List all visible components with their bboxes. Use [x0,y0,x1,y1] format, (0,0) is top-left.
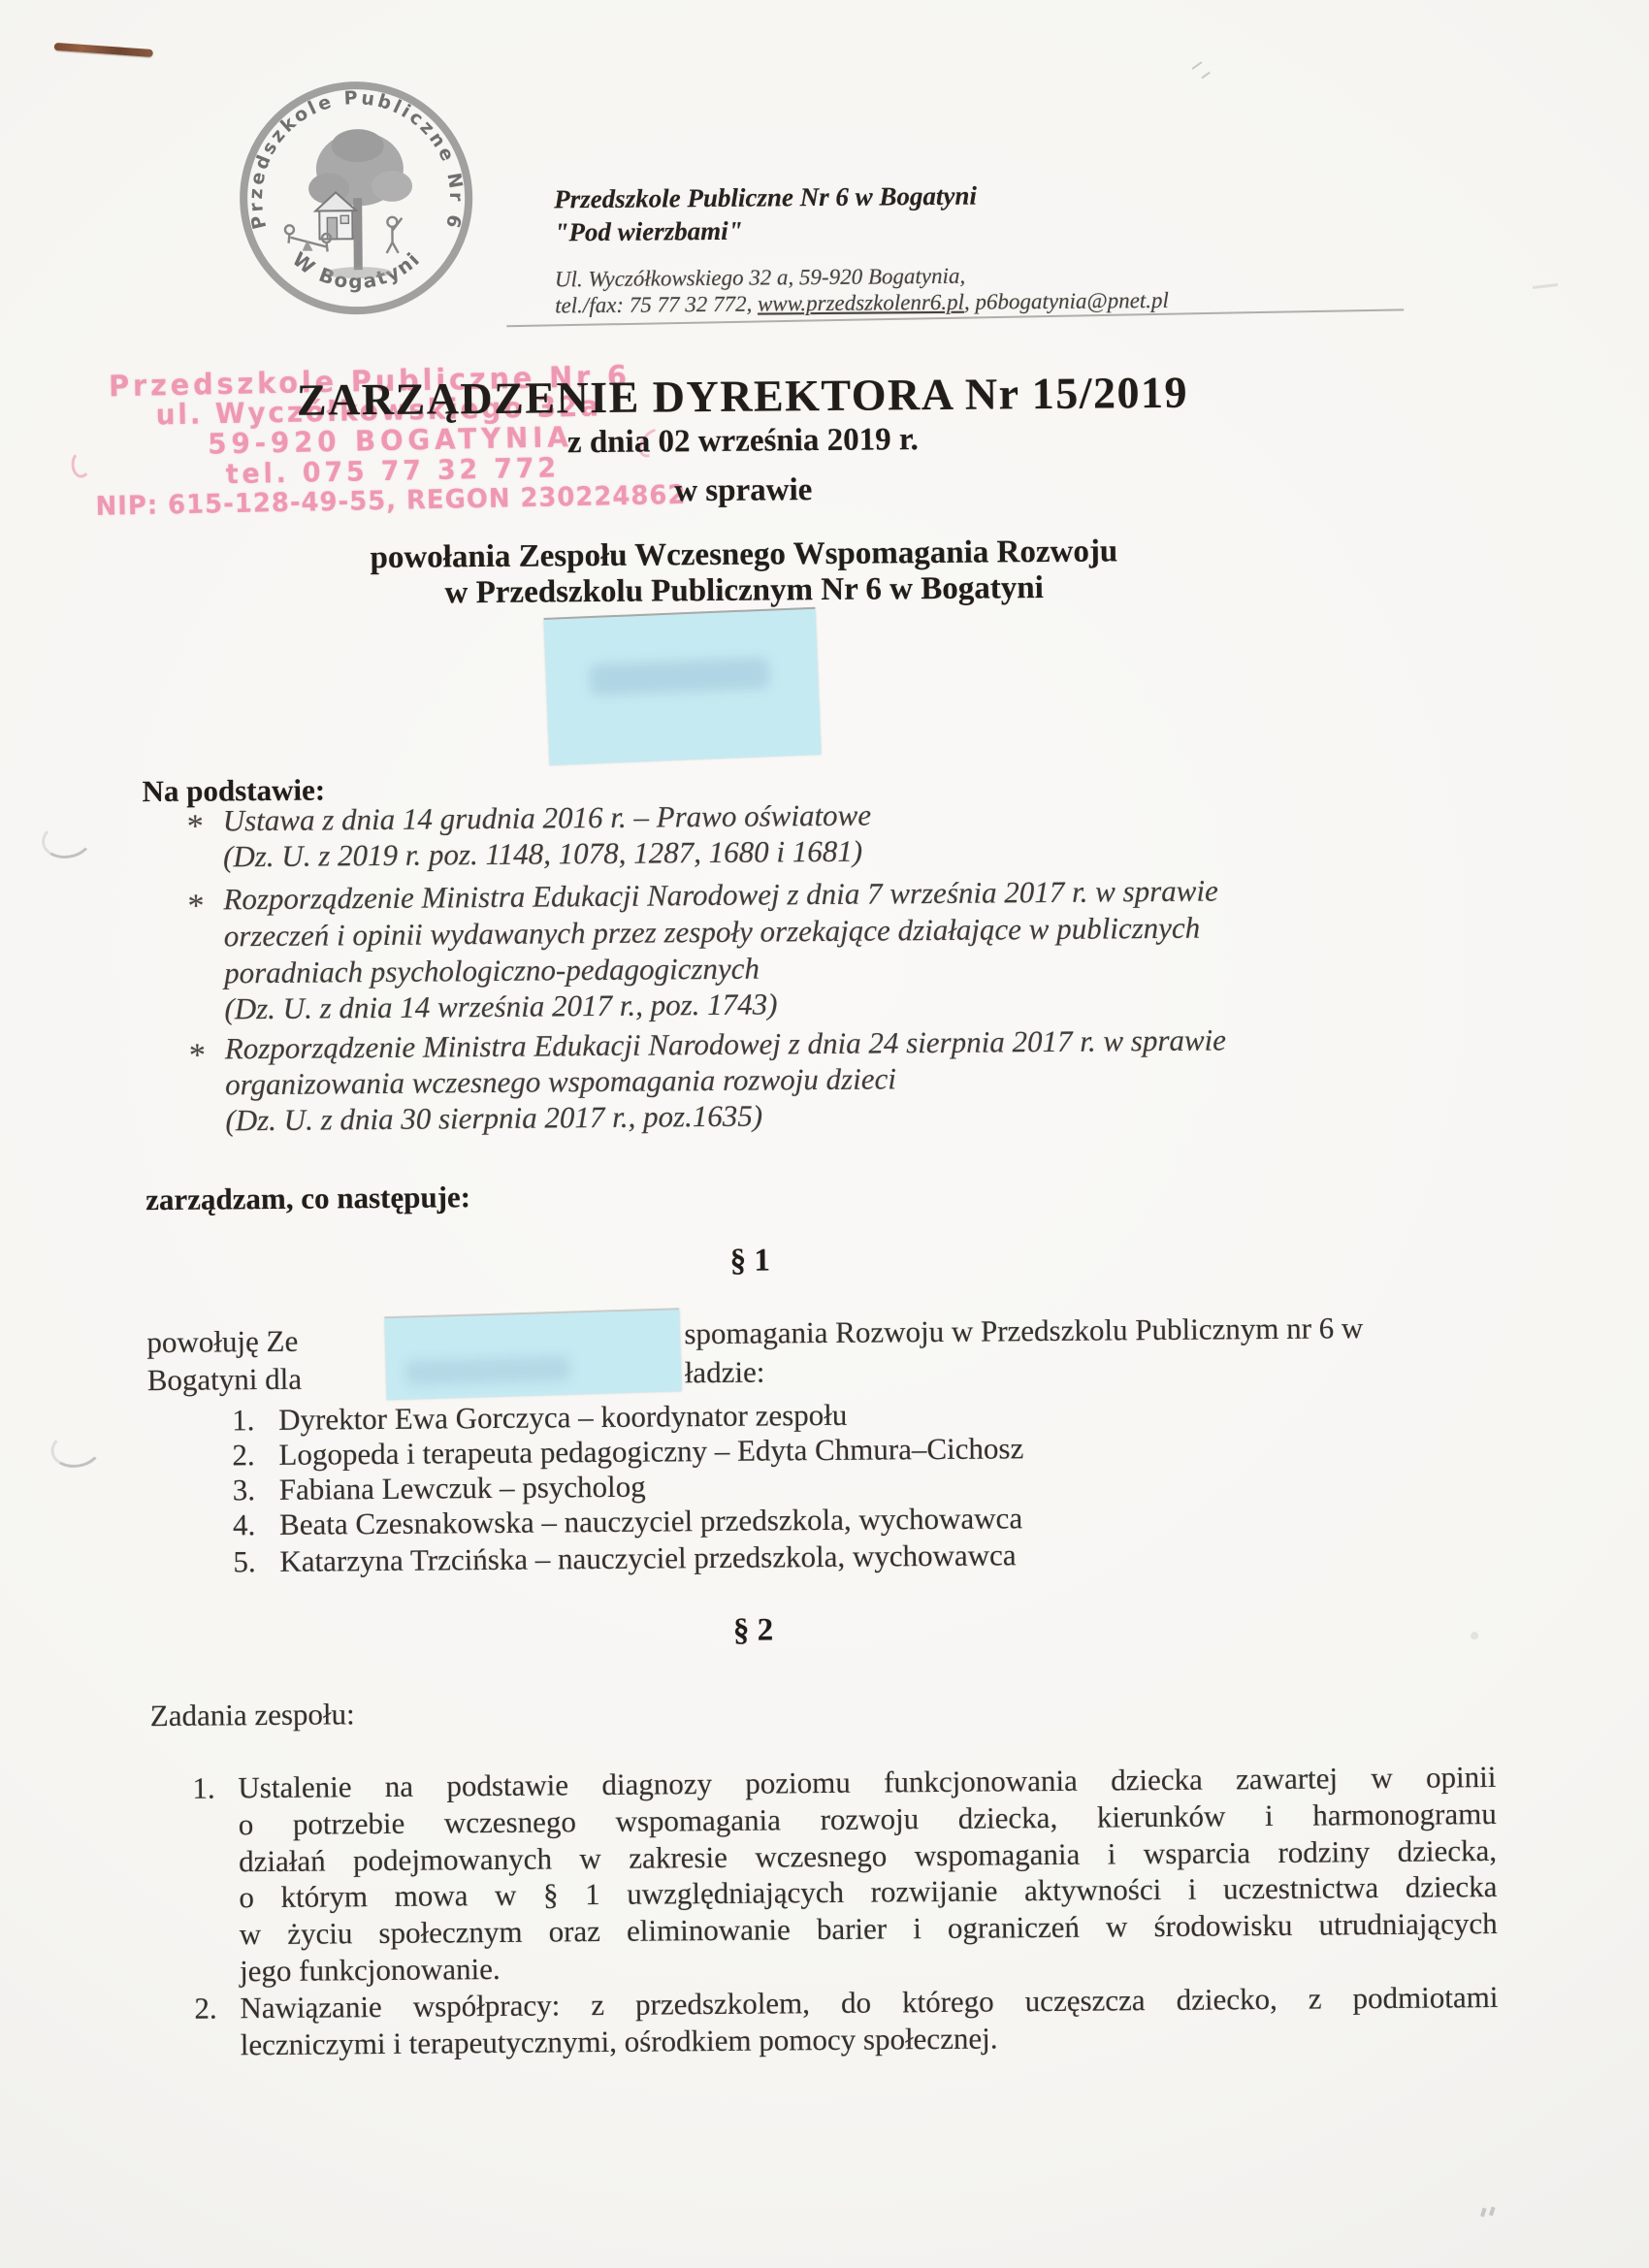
contact-website: www.przedszkolenr6.pl [758,290,964,316]
scanned-document-page: Przedszkole Publiczne Nr 6 W Bogatyni [0,0,1649,2268]
section-2-subheading: Zadania zespołu: [150,1697,355,1733]
faint-tick-bottom-right-2 [1489,2207,1496,2217]
team-member-row: 4.Beata Czesnakowska – nauczyciel przeds… [233,1501,1022,1542]
org-contact: tel./fax: 75 77 32 772, www.przedszkolen… [555,288,1169,319]
section-2-heading: § 2 [4,1606,1503,1655]
legal-item-line: (Dz. U. z dnia 14 września 2017 r., poz.… [224,987,777,1026]
member-number: 5. [233,1544,279,1579]
legal-item-line: (Dz. U. z 2019 r. poz. 1148, 1078, 1287,… [223,834,862,875]
member-number: 1. [232,1403,278,1438]
faint-mark-top-right-2 [1201,72,1210,79]
member-text: Katarzyna Trzcińska – nauczyciel przedsz… [279,1538,1016,1578]
faint-dash-right [1533,283,1558,289]
s1-intro-line1-after: spomagania Rozwoju w Przedszkolu Publicz… [684,1311,1363,1351]
document-regarding-label: w sprawie [0,467,1493,515]
kindergarten-logo-stamp: Przedszkole Publiczne Nr 6 W Bogatyni [233,79,480,318]
member-text: Fabiana Lewczuk – psycholog [279,1470,646,1507]
member-text: Dyrektor Ewa Gorczyca – koordynator zesp… [278,1398,847,1437]
task-number: 2. [194,1991,217,2025]
member-number: 4. [233,1507,279,1542]
bullet-asterisk: * [187,809,204,846]
order-intro: zarządzam, co następuje: [145,1180,470,1217]
legal-item-line: Rozporządzenie Ministra Edukacji Narodow… [223,873,1218,917]
task-number: 1. [192,1771,215,1806]
s1-intro-line1-before: powołuję Ze [146,1324,298,1360]
redaction-tape-2 [384,1310,681,1400]
team-member-row: 1.Dyrektor Ewa Gorczyca – koordynator ze… [232,1398,847,1439]
team-member-row: 2.Logopeda i terapeuta pedagogiczny – Ed… [232,1431,1023,1473]
team-member-row: 5.Katarzyna Trzcińska – nauczyciel przed… [233,1538,1016,1579]
legal-item-line: poradniach psychologiczno-pedagogicznych [224,952,760,991]
team-member-row: 3.Fabiana Lewczuk – psycholog [233,1470,646,1508]
legal-item-line: Rozporządzenie Ministra Edukacji Narodow… [225,1022,1226,1066]
legal-item-line: Ustawa z dnia 14 grudnia 2016 r. – Prawo… [223,798,872,839]
member-text: Beata Czesnakowska – nauczyciel przedszk… [279,1501,1022,1541]
contact-phone: tel./fax: 75 77 32 772, [555,292,758,318]
logo-svg: Przedszkole Publiczne Nr 6 W Bogatyni [233,79,480,318]
faint-tick-bottom-right-1 [1480,2208,1487,2218]
legal-item-line: organizowania wczesnego wspomagania rozw… [225,1061,896,1102]
legal-item-line: orzeczeń i opinii wydawanych przez zespo… [224,911,1201,955]
legal-item-line: (Dz. U. z dnia 30 sierpnia 2017 r., poz.… [225,1099,762,1139]
bullet-asterisk: * [189,1038,206,1075]
org-name-line1: Przedszkole Publiczne Nr 6 w Bogatyni [554,181,977,215]
faint-mark-top-right [1192,61,1203,70]
member-number: 2. [232,1438,278,1473]
document-sheet: Przedszkole Publiczne Nr 6 W Bogatyni [0,0,1649,2268]
section-1-heading: § 1 [1,1237,1500,1285]
org-address: Ul. Wyczółkowskiego 32 a, 59-920 Bogatyn… [555,264,966,293]
s1-intro-line2-after: ładzie: [685,1355,765,1391]
redacted-ghost-text [590,658,770,696]
org-name-line2: "Pod wierzbami" [554,216,742,248]
member-text: Logopeda i terapeuta pedagogiczny – Edyt… [278,1431,1023,1472]
bullet-asterisk: * [187,889,204,925]
contact-email: , p6bogatynia@pnet.pl [964,288,1169,314]
redaction-tape-1 [544,609,822,765]
margin-scan-mark-2 [48,1427,104,1471]
tape-edge [384,1308,679,1318]
s1-intro-line2-before: Bogatyni dla [147,1362,303,1398]
margin-scan-mark-1 [39,818,94,861]
member-number: 3. [233,1473,279,1507]
redacted-ghost-text [405,1356,571,1386]
brown-pen-mark [54,43,153,57]
